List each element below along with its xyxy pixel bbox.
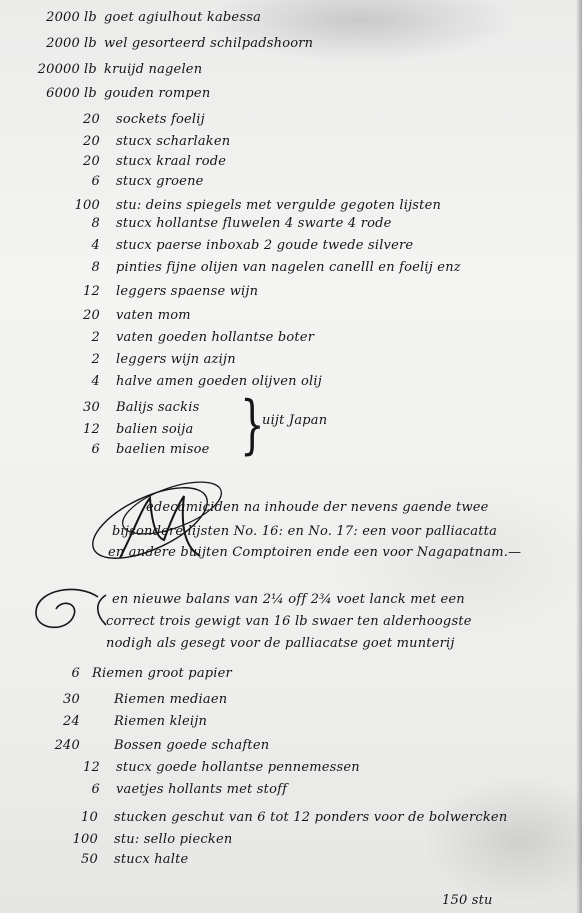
item-qty: 2 [20, 328, 100, 348]
item-qty: 2000 [0, 8, 80, 28]
item-desc: leggers wijn azijn [116, 350, 236, 370]
item-desc: stucx scharlaken [116, 132, 230, 152]
item-qty: 20 [20, 152, 100, 172]
page-total: 150 stu [442, 893, 493, 908]
item-qty: 4 [20, 372, 100, 392]
paragraph-line: correct trois gewigt van 16 lb swaer ten… [106, 614, 472, 636]
item-qty: 240 [16, 736, 80, 756]
paragraph-line: en nieuwe balans van 2¼ off 2¾ voet lanc… [112, 592, 465, 614]
item-desc: stucx kraal rode [116, 152, 226, 172]
item-desc: stucken geschut van 6 tot 12 ponders voo… [114, 808, 507, 828]
item-qty: 6 [20, 440, 100, 460]
paragraph-2-cont: correct trois gewigt van 16 lb swaer ten… [106, 614, 472, 636]
item-unit: lb [84, 8, 97, 28]
item-qty: 2 [20, 350, 100, 370]
item-desc: vaten mom [116, 306, 191, 326]
item-qty: 2000 [0, 34, 80, 54]
item-qty: 24 [16, 712, 80, 732]
decorative-initial-d-flourish [28, 585, 108, 635]
item-desc: stu: sello piecken [114, 830, 232, 850]
item-desc: kruijd nagelen [104, 60, 202, 80]
item-qty: 8 [20, 214, 100, 234]
paragraph-line: edecamiciden na inhoude der nevens gaend… [146, 500, 489, 520]
item-qty: 30 [20, 398, 100, 418]
item-desc: goet agiulhout kabessa [104, 8, 261, 28]
item-desc: vaten goeden hollantse boter [116, 328, 314, 348]
item-qty: 30 [16, 690, 80, 710]
item-qty: 6 [2, 664, 80, 684]
item-desc: stucx paerse inboxab 2 goude twede silve… [116, 236, 413, 256]
item-qty: 100 [20, 196, 100, 216]
item-qty: 12 [16, 758, 100, 778]
item-unit: lb [84, 34, 97, 54]
item-desc: stucx halte [114, 850, 188, 870]
item-desc: wel gesorteerd schilpadshoorn [104, 34, 313, 54]
paragraph-line: bijsondere lijsten No. 16: en No. 17: ee… [112, 524, 497, 544]
paragraph-1: edecamiciden na inhoude der nevens gaend… [146, 500, 489, 520]
paragraph-1-cont: en andere buijten Comptoiren ende een vo… [108, 545, 521, 565]
item-qty: 20 [20, 132, 100, 152]
item-qty: 8 [20, 258, 100, 278]
item-qty: 10 [16, 808, 98, 828]
paragraph-1-cont: bijsondere lijsten No. 16: en No. 17: ee… [112, 524, 497, 544]
item-desc: vaetjes hollants met stoff [116, 780, 287, 800]
item-qty: 6 [20, 172, 100, 192]
item-desc: Balijs sackis [116, 398, 199, 418]
item-desc: Riemen groot papier [92, 664, 232, 684]
item-desc: Riemen mediaen [114, 690, 227, 710]
item-qty: 6000 [0, 84, 80, 104]
item-qty: 20 [20, 110, 100, 130]
origin-note: uijt Japan [262, 413, 327, 428]
item-qty: 12 [20, 420, 100, 440]
paragraph-2-cont: nodigh als gesegt voor de palliacatse go… [106, 636, 455, 658]
item-desc: stucx hollantse fluwelen 4 swarte 4 rode [116, 214, 392, 234]
item-qty: 100 [16, 830, 98, 850]
item-desc: pinties fijne olijen van nagelen canelll… [116, 258, 461, 278]
item-desc: stu: deins spiegels met vergulde gegoten… [116, 196, 441, 216]
paragraph-2: en nieuwe balans van 2¼ off 2¾ voet lanc… [112, 592, 465, 614]
item-desc: baelien misoe [116, 440, 210, 460]
item-qty: 20 [20, 306, 100, 326]
item-desc: gouden rompen [104, 84, 210, 104]
paragraph-line: en andere buijten Comptoiren ende een vo… [108, 545, 521, 565]
item-desc: Bossen goede schaften [114, 736, 269, 756]
item-unit: lb [84, 60, 97, 80]
paragraph-line: nodigh als gesegt voor de palliacatse go… [106, 636, 455, 658]
item-qty: 6 [16, 780, 100, 800]
item-desc: halve amen goeden olijven olij [116, 372, 322, 392]
item-qty: 12 [20, 282, 100, 302]
item-desc: sockets foelij [116, 110, 205, 130]
page-edge-shadow [576, 0, 582, 913]
item-desc: stucx groene [116, 172, 204, 192]
item-desc: balien soija [116, 420, 193, 440]
item-qty: 20000 [0, 60, 80, 80]
item-desc: stucx goede hollantse pennemessen [116, 758, 360, 778]
item-unit: lb [84, 84, 97, 104]
item-qty: 50 [16, 850, 98, 870]
item-desc: leggers spaense wijn [116, 282, 258, 302]
item-qty: 4 [20, 236, 100, 256]
item-desc: Riemen kleijn [114, 712, 207, 732]
